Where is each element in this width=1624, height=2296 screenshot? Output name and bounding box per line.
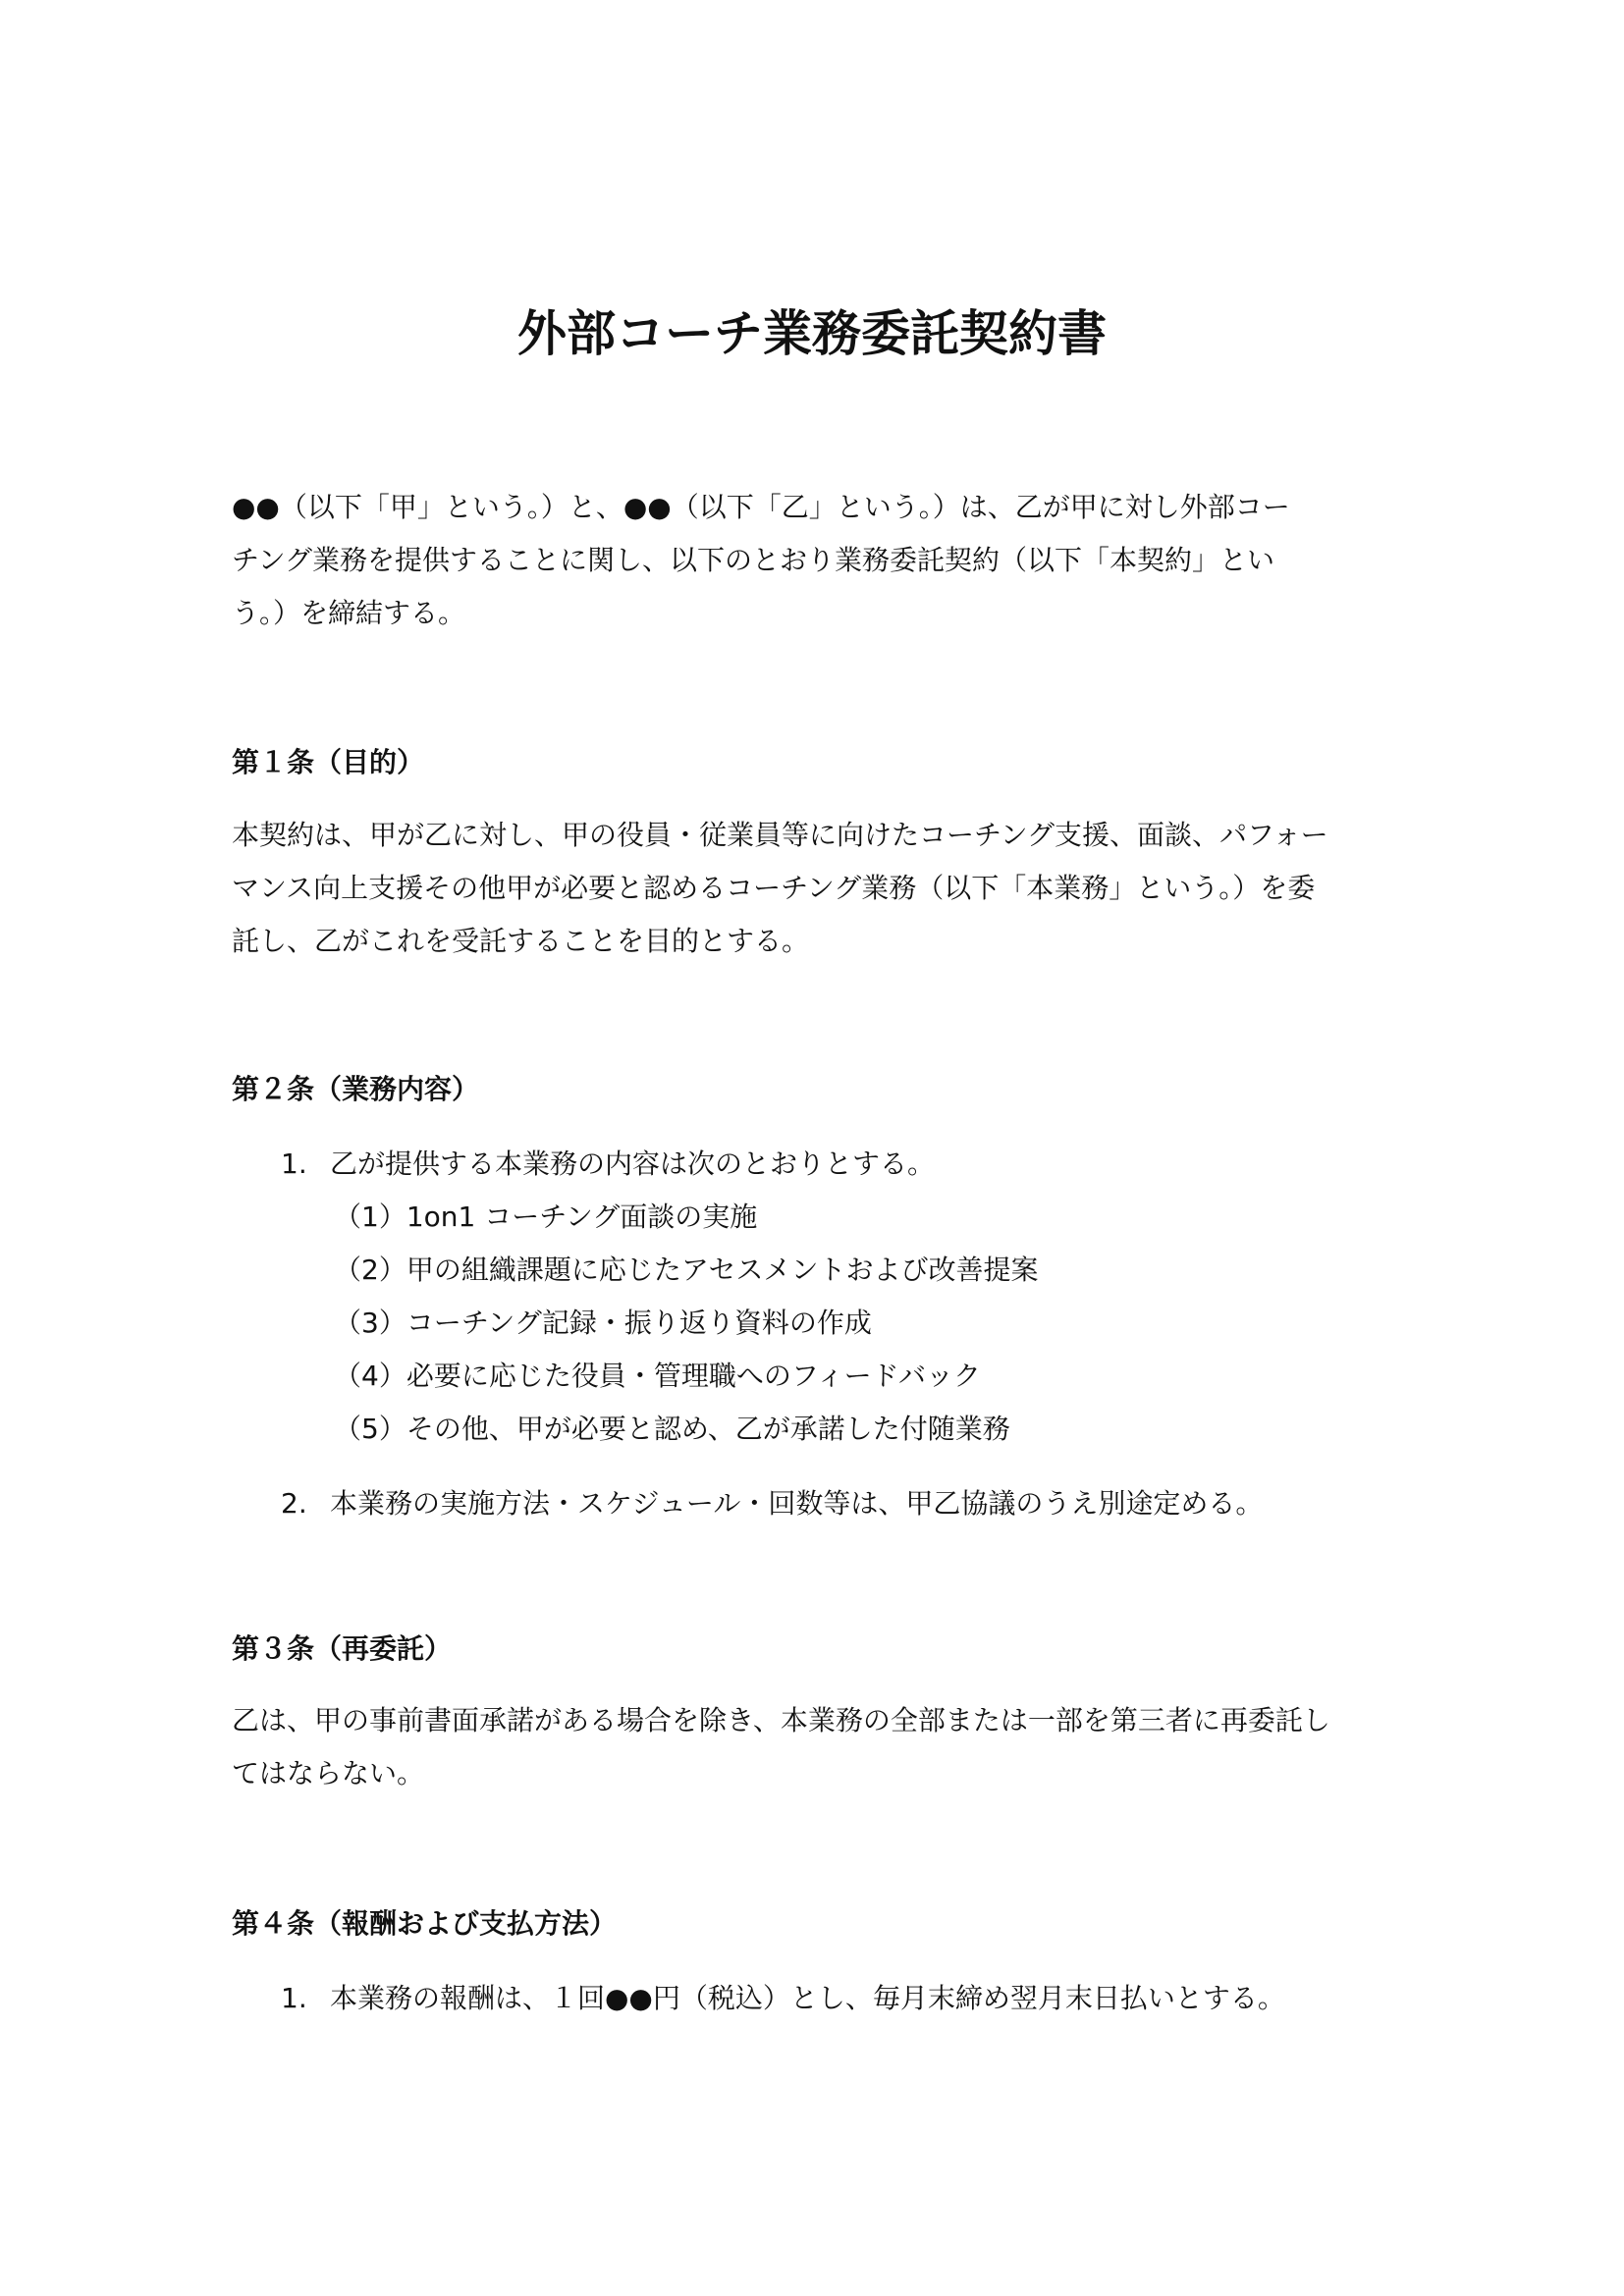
article-1-body: 本契約は、甲が乙に対し、甲の役員・従業員等に向けたコーチング支援、面談、パフォー…	[232, 809, 1400, 968]
list-text: 乙が提供する本業務の内容は次のとおりとする。	[330, 1148, 935, 1180]
article-1-line: マンス向上支援その他甲が必要と認めるコーチング業務（以下「本業務」という。）を委	[232, 862, 1400, 915]
article-3-line: 乙は、甲の事前書面承諾がある場合を除き、本業務の全部または一部を第三者に再委託し	[232, 1694, 1400, 1747]
list-text: 本業務の実施方法・スケジュール・回数等は、甲乙協議のうえ別途定める。	[330, 1487, 1263, 1520]
article-2-sub-item-4: （4）必要に応じた役員・管理職へのフィードバック	[334, 1357, 981, 1396]
article-2-item-2: 2.本業務の実施方法・スケジュール・回数等は、甲乙協議のうえ別途定める。	[281, 1484, 1263, 1523]
preamble: ●●（以下「甲」という。）と、●●（以下「乙」という。）は、乙が甲に対し外部コー…	[232, 481, 1400, 640]
article-4-heading: 第４条（報酬および支払方法）	[232, 1904, 617, 1944]
preamble-line: う。）を締結する。	[232, 587, 1400, 640]
article-2-heading: 第２条（業務内容）	[232, 1070, 479, 1109]
document-title: 外部コーチ業務委託契約書	[0, 299, 1624, 368]
article-2-sub-item-5: （5）その他、甲が必要と認め、乙が承諾した付随業務	[334, 1410, 1010, 1449]
list-number: 1.	[281, 1145, 330, 1184]
document-page: 外部コーチ業務委託契約書 ●●（以下「甲」という。）と、●●（以下「乙」という。…	[0, 0, 1624, 2296]
article-1-line: 本契約は、甲が乙に対し、甲の役員・従業員等に向けたコーチング支援、面談、パフォー	[232, 809, 1400, 862]
article-3-heading: 第３条（再委託）	[232, 1629, 452, 1669]
preamble-line: チング業務を提供することに関し、以下のとおり業務委託契約（以下「本契約」とい	[232, 534, 1400, 587]
article-4-item-1: 1.本業務の報酬は、１回●●円（税込）とし、毎月末締め翌月末日払いとする。	[281, 1979, 1285, 2018]
article-1-line: 託し、乙がこれを受託することを目的とする。	[232, 915, 1400, 968]
list-text: 本業務の報酬は、１回●●円（税込）とし、毎月末締め翌月末日払いとする。	[330, 1982, 1285, 2014]
article-2-sub-item-2: （2）甲の組織課題に応じたアセスメントおよび改善提案	[334, 1251, 1039, 1290]
preamble-line: ●●（以下「甲」という。）と、●●（以下「乙」という。）は、乙が甲に対し外部コー	[232, 481, 1400, 534]
article-2-sub-item-1: （1）1on1 コーチング面談の実施	[334, 1198, 757, 1237]
article-2-item-1: 1.乙が提供する本業務の内容は次のとおりとする。	[281, 1145, 935, 1184]
list-number: 2.	[281, 1484, 330, 1523]
article-2-sub-item-3: （3）コーチング記録・振り返り資料の作成	[334, 1304, 872, 1343]
article-3-line: てはならない。	[232, 1747, 1400, 1800]
article-3-body: 乙は、甲の事前書面承諾がある場合を除き、本業務の全部または一部を第三者に再委託し…	[232, 1694, 1400, 1800]
list-number: 1.	[281, 1979, 330, 2018]
article-1-heading: 第１条（目的）	[232, 743, 424, 782]
